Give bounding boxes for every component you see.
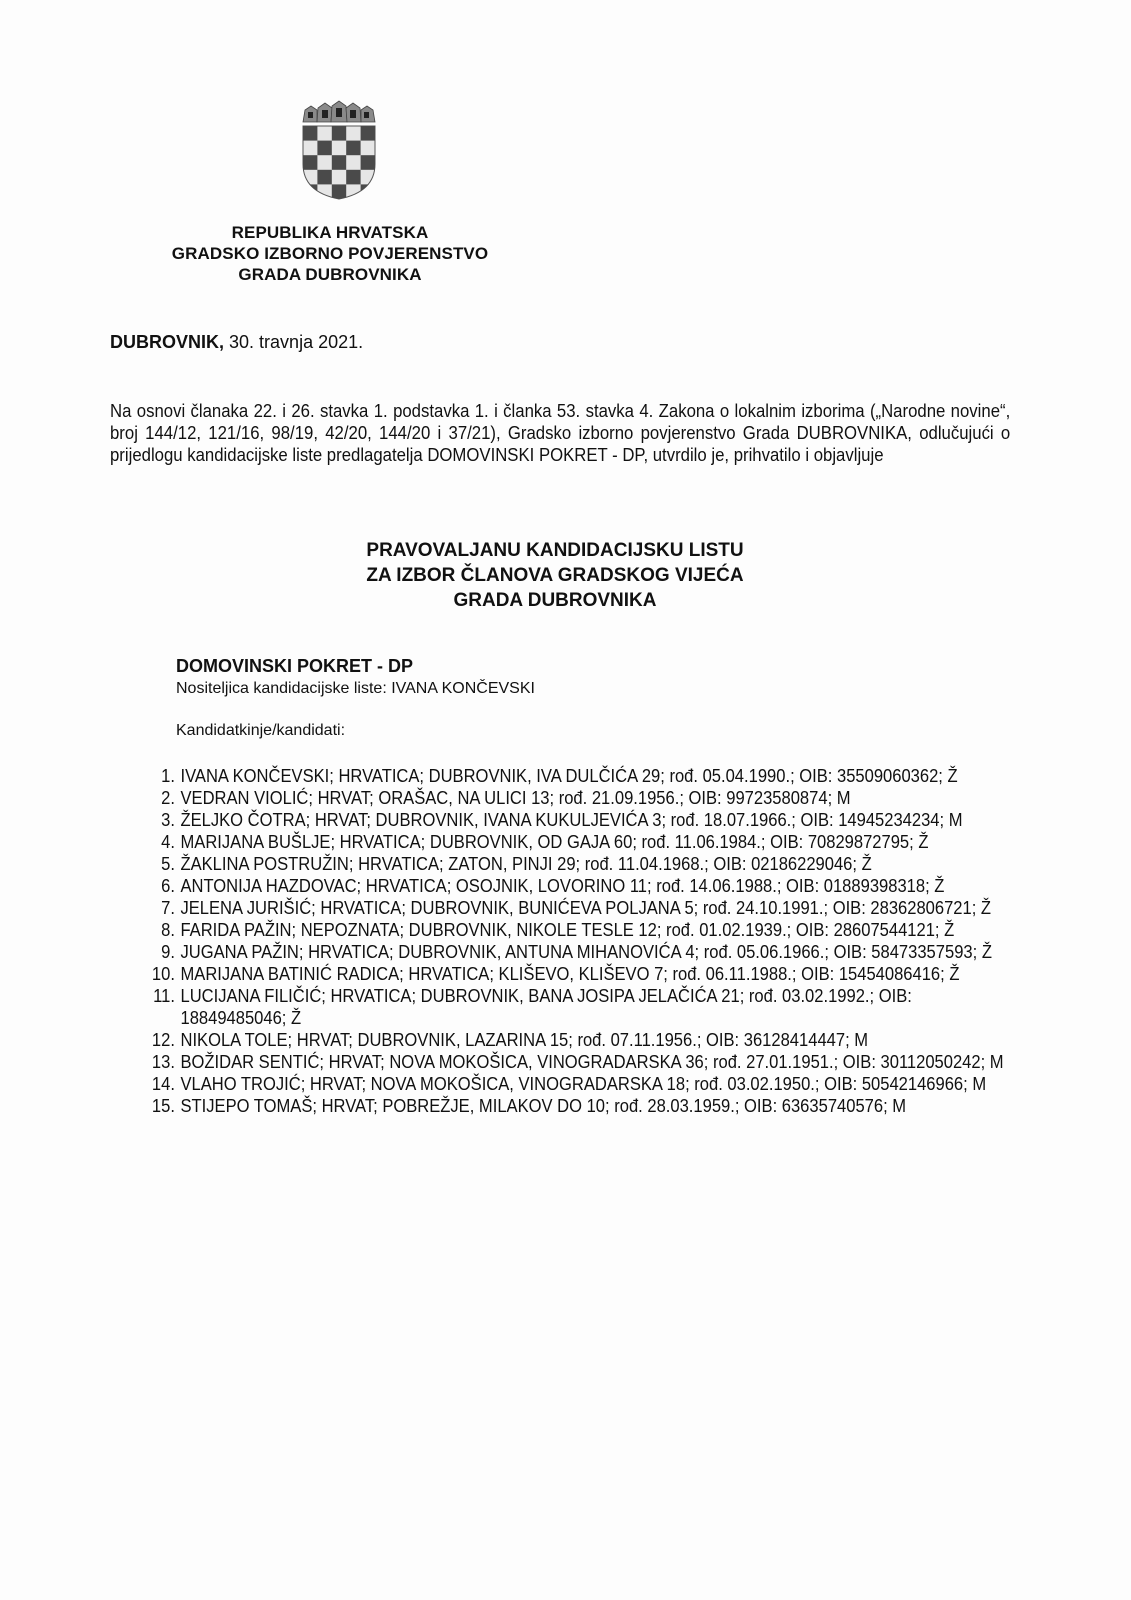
candidate-row: 15.STIJEPO TOMAŠ; HRVAT; POBREŽJE, MILAK…: [140, 1095, 1005, 1117]
list-holder: Nositeljica kandidacijske liste: IVANA K…: [176, 680, 535, 698]
candidate-row: 14.VLAHO TROJIĆ; HRVAT; NOVA MOKOŠICA, V…: [140, 1073, 1005, 1095]
candidate-details: VEDRAN VIOLIĆ; HRVAT; ORAŠAC, NA ULICI 1…: [180, 787, 1004, 809]
candidate-row: 5.ŽAKLINA POSTRUŽIN; HRVATICA; ZATON, PI…: [140, 853, 1005, 875]
candidate-number: 15.: [140, 1095, 180, 1117]
candidate-number: 6.: [140, 875, 180, 897]
candidate-details: MARIJANA BATINIĆ RADICA; HRVATICA; KLIŠE…: [180, 963, 1004, 985]
candidate-row: 11.LUCIJANA FILIČIĆ; HRVATICA; DUBROVNIK…: [140, 985, 1005, 1029]
candidate-row: 3.ŽELJKO ČOTRA; HRVAT; DUBROVNIK, IVANA …: [140, 809, 1005, 831]
candidate-details: ŽELJKO ČOTRA; HRVAT; DUBROVNIK, IVANA KU…: [180, 809, 1004, 831]
place: DUBROVNIK,: [110, 332, 224, 352]
title-line-1: PRAVOVALJANU KANDIDACIJSKU LISTU: [330, 538, 780, 563]
header-line-commission: GRADSKO IZBORNO POVJERENSTVO: [110, 243, 550, 264]
candidate-details: STIJEPO TOMAŠ; HRVAT; POBREŽJE, MILAKOV …: [180, 1095, 1004, 1117]
candidate-number: 9.: [140, 941, 180, 963]
candidate-row: 9.JUGANA PAŽIN; HRVATICA; DUBROVNIK, ANT…: [140, 941, 1005, 963]
candidate-details: ANTONIJA HAZDOVAC; HRVATICA; OSOJNIK, LO…: [180, 875, 1004, 897]
candidate-number: 14.: [140, 1073, 180, 1095]
header-line-city: GRADA DUBROVNIKA: [110, 264, 550, 285]
header-line-country: REPUBLIKA HRVATSKA: [110, 222, 550, 243]
title-line-2: ZA IZBOR ČLANOVA GRADSKOG VIJEĆA: [330, 563, 780, 588]
candidate-number: 1.: [140, 765, 180, 787]
croatian-coat-of-arms-icon: [297, 100, 381, 200]
candidate-row: 10.MARIJANA BATINIĆ RADICA; HRVATICA; KL…: [140, 963, 1005, 985]
candidate-row: 12.NIKOLA TOLE; HRVAT; DUBROVNIK, LAZARI…: [140, 1029, 1005, 1051]
candidate-details: BOŽIDAR SENTIĆ; HRVAT; NOVA MOKOŠICA, VI…: [180, 1051, 1004, 1073]
candidates-label: Kandidatkinje/kandidati:: [176, 722, 345, 740]
candidate-details: IVANA KONČEVSKI; HRVATICA; DUBROVNIK, IV…: [180, 765, 1004, 787]
candidate-row: 1.IVANA KONČEVSKI; HRVATICA; DUBROVNIK, …: [140, 765, 1005, 787]
candidate-number: 2.: [140, 787, 180, 809]
document-page: REPUBLIKA HRVATSKA GRADSKO IZBORNO POVJE…: [0, 0, 1131, 1600]
candidate-number: 12.: [140, 1029, 180, 1051]
candidate-details: MARIJANA BUŠLJE; HRVATICA; DUBROVNIK, OD…: [180, 831, 1004, 853]
candidate-row: 4.MARIJANA BUŠLJE; HRVATICA; DUBROVNIK, …: [140, 831, 1005, 853]
candidate-row: 6.ANTONIJA HAZDOVAC; HRVATICA; OSOJNIK, …: [140, 875, 1005, 897]
candidate-details: ŽAKLINA POSTRUŽIN; HRVATICA; ZATON, PINJ…: [180, 853, 1004, 875]
candidate-list: 1.IVANA KONČEVSKI; HRVATICA; DUBROVNIK, …: [140, 765, 1005, 1117]
candidate-row: 8.FARIDA PAŽIN; NEPOZNATA; DUBROVNIK, NI…: [140, 919, 1005, 941]
candidate-row: 13.BOŽIDAR SENTIĆ; HRVAT; NOVA MOKOŠICA,…: [140, 1051, 1005, 1073]
legal-preamble: Na osnovi članaka 22. i 26. stavka 1. po…: [110, 400, 1010, 466]
place-and-date: DUBROVNIK, 30. travnja 2021.: [110, 332, 363, 353]
candidate-number: 5.: [140, 853, 180, 875]
candidate-number: 11.: [140, 985, 180, 1029]
candidate-row: 2.VEDRAN VIOLIĆ; HRVAT; ORAŠAC, NA ULICI…: [140, 787, 1005, 809]
title-line-3: GRADA DUBROVNIKA: [330, 588, 780, 613]
document-title: PRAVOVALJANU KANDIDACIJSKU LISTU ZA IZBO…: [330, 538, 780, 613]
candidate-details: JELENA JURIŠIĆ; HRVATICA; DUBROVNIK, BUN…: [180, 897, 1004, 919]
candidate-number: 10.: [140, 963, 180, 985]
candidate-details: LUCIJANA FILIČIĆ; HRVATICA; DUBROVNIK, B…: [180, 985, 1004, 1029]
candidate-row: 7.JELENA JURIŠIĆ; HRVATICA; DUBROVNIK, B…: [140, 897, 1005, 919]
candidate-number: 4.: [140, 831, 180, 853]
party-name: DOMOVINSKI POKRET - DP: [176, 656, 413, 677]
date: 30. travnja 2021.: [229, 332, 363, 352]
candidate-details: JUGANA PAŽIN; HRVATICA; DUBROVNIK, ANTUN…: [180, 941, 1004, 963]
issuer-header: REPUBLIKA HRVATSKA GRADSKO IZBORNO POVJE…: [110, 222, 550, 285]
candidate-number: 13.: [140, 1051, 180, 1073]
candidate-number: 8.: [140, 919, 180, 941]
candidate-details: NIKOLA TOLE; HRVAT; DUBROVNIK, LAZARINA …: [180, 1029, 1004, 1051]
candidate-number: 3.: [140, 809, 180, 831]
candidate-number: 7.: [140, 897, 180, 919]
candidate-details: VLAHO TROJIĆ; HRVAT; NOVA MOKOŠICA, VINO…: [180, 1073, 1004, 1095]
candidate-details: FARIDA PAŽIN; NEPOZNATA; DUBROVNIK, NIKO…: [180, 919, 1004, 941]
